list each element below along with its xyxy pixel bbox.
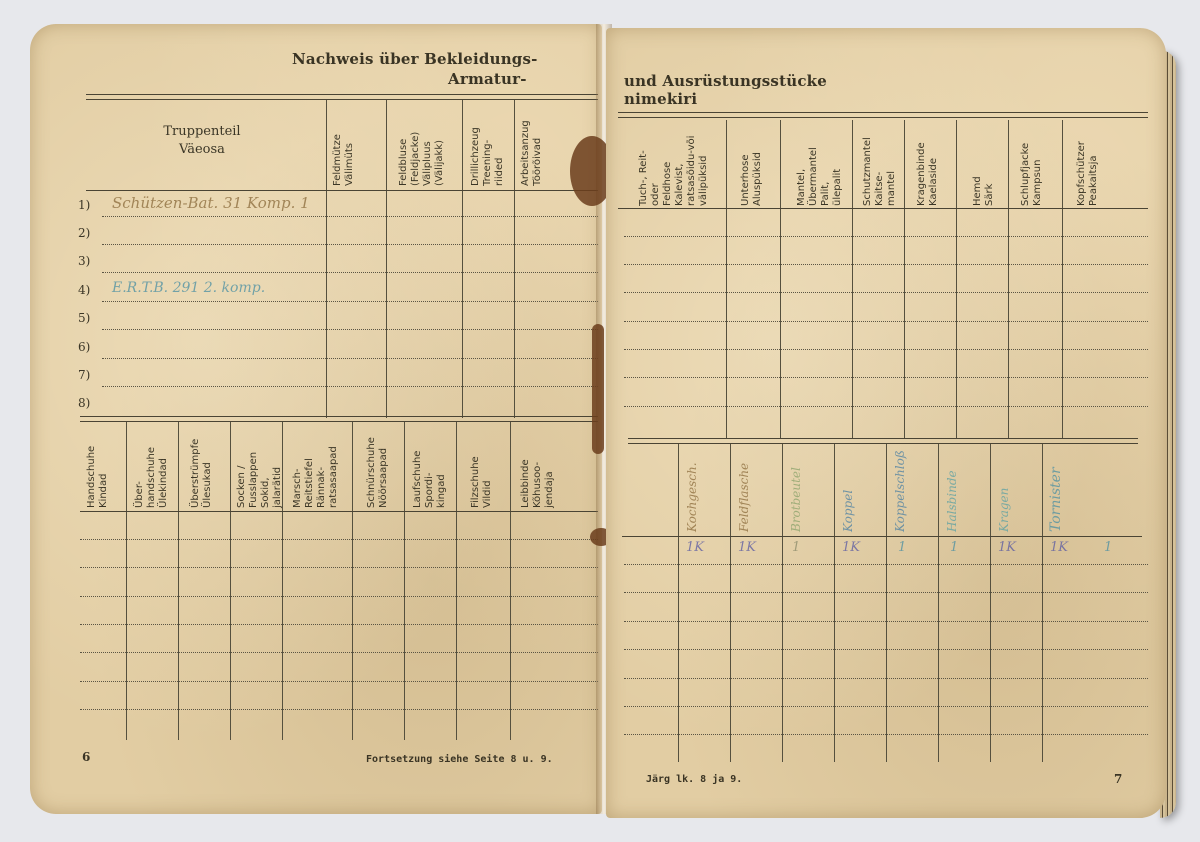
handwritten-col-5: Koppelschloß bbox=[894, 458, 906, 532]
col-line bbox=[456, 422, 457, 740]
handwritten-col-6: Halsbinde bbox=[946, 458, 958, 532]
dotted-row bbox=[624, 592, 1148, 593]
left-page: Nachweis über Bekleidungs- Armatur- Trup… bbox=[30, 24, 602, 814]
mark-4: 1K bbox=[842, 540, 860, 555]
dotted-row bbox=[102, 216, 598, 217]
col-ueberstruempfe: Überstrümpfe Ülesukad bbox=[190, 434, 214, 508]
mark-9: 1 bbox=[1104, 540, 1112, 555]
right-page: und Ausrüstungsstücke nimekiri Tuch-, Re… bbox=[606, 28, 1166, 818]
col-feldbluse: Feldbluse (Feldjacke) Välipluus (Välijak… bbox=[398, 116, 446, 186]
col-schutzmantel: Schutzmantel Kaitse- mantel bbox=[862, 128, 898, 206]
col-line bbox=[726, 120, 727, 438]
dotted-row bbox=[80, 681, 598, 682]
col-line bbox=[886, 444, 887, 762]
col-line bbox=[990, 444, 991, 762]
header-rule-right bbox=[618, 112, 1148, 118]
dotted-row bbox=[624, 678, 1148, 679]
col-line bbox=[678, 444, 679, 762]
col-line bbox=[780, 120, 781, 438]
footer-note-left: Fortsetzung siehe Seite 8 u. 9. bbox=[366, 754, 553, 765]
col-kopfschuetzer: Kopfschützer Peakaitsja bbox=[1076, 128, 1100, 206]
col-line bbox=[730, 444, 731, 762]
col-line bbox=[126, 422, 127, 740]
right-title-line1: und Ausrüstungsstücke bbox=[624, 72, 827, 90]
dotted-row bbox=[624, 621, 1148, 622]
dotted-row bbox=[102, 272, 598, 273]
handwritten-col-8: Tornister bbox=[1050, 458, 1062, 532]
col-laufschuhe: Laufschuhe Spordi- kingad bbox=[412, 434, 448, 508]
unit-header-et: Väeosa bbox=[162, 142, 242, 157]
header-bottom-rule bbox=[86, 190, 598, 191]
mid-rule-right bbox=[628, 438, 1138, 444]
col-line bbox=[1008, 120, 1009, 438]
mid-rule bbox=[80, 416, 598, 422]
row-number-3: 3) bbox=[78, 254, 90, 268]
dotted-row bbox=[624, 377, 1148, 378]
dotted-row bbox=[624, 264, 1148, 265]
col-schnuerschuhe: Schnürschuhe Nöörsaapad bbox=[366, 434, 390, 508]
mark-1: 1K bbox=[686, 540, 704, 555]
col-line bbox=[1042, 444, 1043, 762]
col-line bbox=[782, 444, 783, 762]
col-line bbox=[1062, 120, 1063, 438]
right-title-line2: nimekiri bbox=[624, 90, 697, 108]
col-drillichzeug: Drillichzeug Treening- riided bbox=[470, 116, 506, 186]
col-arbeitsanzug: Arbeitsanzug Töörõivad bbox=[520, 116, 544, 186]
col-line bbox=[326, 100, 327, 418]
dotted-row bbox=[80, 567, 598, 568]
col-socken: Socken / Fusslappen Sokid, jalarätid bbox=[236, 434, 284, 508]
col-line bbox=[462, 100, 463, 418]
col-schlupfjacke: Schlupfjacke Kampsun bbox=[1020, 128, 1044, 206]
col-line bbox=[178, 422, 179, 740]
handwritten-unit-4: E.R.T.B. 291 2. komp. bbox=[112, 280, 265, 296]
unit-header-de: Truppenteil bbox=[162, 124, 242, 139]
left-title-line2: Armatur- bbox=[448, 70, 527, 88]
row-number-6: 6) bbox=[78, 340, 90, 354]
dotted-row bbox=[624, 236, 1148, 237]
handwritten-col-4: Koppel bbox=[842, 458, 854, 532]
col-line bbox=[938, 444, 939, 762]
dotted-row bbox=[624, 321, 1148, 322]
col-unterhose: Unterhose Aluspüksid bbox=[740, 128, 764, 206]
col-ueberhandschuhe: Über- handschuhe Ülekindad bbox=[134, 434, 170, 508]
bottom-header-rule bbox=[80, 511, 598, 512]
col-line bbox=[956, 120, 957, 438]
dotted-row bbox=[102, 358, 598, 359]
mark-8: 1K bbox=[1050, 540, 1068, 555]
mark-6: 1 bbox=[950, 540, 958, 555]
dotted-row bbox=[102, 329, 598, 330]
dotted-row bbox=[102, 244, 598, 245]
dotted-row bbox=[80, 539, 598, 540]
row-number-5: 5) bbox=[78, 311, 90, 325]
col-filzschuhe: Filzschuhe Vildid bbox=[470, 434, 494, 508]
col-line bbox=[230, 422, 231, 740]
col-line bbox=[852, 120, 853, 438]
tear-middle bbox=[592, 324, 604, 454]
mark-3: 1 bbox=[792, 540, 800, 555]
header-bottom-rule-right bbox=[618, 208, 1148, 209]
handwritten-col-3: Brotbeutel bbox=[790, 458, 802, 532]
mark-7: 1K bbox=[998, 540, 1016, 555]
dotted-row bbox=[80, 596, 598, 597]
col-line bbox=[352, 422, 353, 740]
col-mantel: Mantel, Übermantel Palit, ülepalit bbox=[796, 128, 844, 206]
open-booklet: Nachweis über Bekleidungs- Armatur- Trup… bbox=[30, 24, 1170, 820]
dotted-row bbox=[80, 624, 598, 625]
col-tuchhose: Tuch-, Reit- oder Feldhose Kalevist, rat… bbox=[638, 128, 710, 206]
page-number-left: 6 bbox=[82, 750, 90, 764]
handwritten-col-1: Kochgesch. bbox=[686, 458, 698, 532]
dotted-row bbox=[102, 386, 598, 387]
col-line bbox=[404, 422, 405, 740]
mark-5: 1 bbox=[898, 540, 906, 555]
dotted-row bbox=[80, 709, 598, 710]
col-line bbox=[510, 422, 511, 740]
col-marschstiefel: Marsch- Reitstiefel Rännak- ratsasaapad bbox=[292, 434, 340, 508]
page-number-right: 7 bbox=[1114, 772, 1122, 786]
dotted-row bbox=[624, 292, 1148, 293]
row-number-8: 8) bbox=[78, 396, 90, 410]
col-feldmuetze: Feldmütze Välimüts bbox=[332, 116, 356, 186]
handwritten-col-2: Feldflasche bbox=[738, 458, 750, 532]
row-number-4: 4) bbox=[78, 283, 90, 297]
col-kragenbinde: Kragenbinde Kaelaside bbox=[916, 128, 940, 206]
handwritten-unit-1: Schützen-Bat. 31 Komp. 1 bbox=[112, 194, 310, 212]
dotted-row bbox=[624, 649, 1148, 650]
mark-2: 1K bbox=[738, 540, 756, 555]
col-line bbox=[386, 100, 387, 418]
col-line bbox=[904, 120, 905, 438]
row-number-1: 1) bbox=[78, 198, 90, 212]
col-hemd: Hemd Särk bbox=[972, 128, 996, 206]
row-number-2: 2) bbox=[78, 226, 90, 240]
dotted-row bbox=[102, 301, 598, 302]
left-title-line1: Nachweis über Bekleidungs- bbox=[292, 50, 538, 68]
bottom-header-rule-right bbox=[622, 536, 1142, 537]
footer-note-right: Järg lk. 8 ja 9. bbox=[646, 774, 742, 785]
dotted-row bbox=[624, 349, 1148, 350]
dotted-row bbox=[80, 652, 598, 653]
row-number-7: 7) bbox=[78, 368, 90, 382]
header-rule bbox=[86, 94, 598, 100]
handwritten-col-7: Kragen bbox=[998, 458, 1010, 532]
dotted-row bbox=[624, 734, 1148, 735]
col-leibbinde: Leibbinde Kõhusoo- jendaja bbox=[520, 434, 556, 508]
col-line bbox=[834, 444, 835, 762]
col-handschuhe: Handschuhe Kindad bbox=[86, 434, 110, 508]
dotted-row bbox=[624, 406, 1148, 407]
col-line bbox=[514, 100, 515, 418]
dotted-row bbox=[624, 706, 1148, 707]
dotted-row bbox=[624, 564, 1148, 565]
